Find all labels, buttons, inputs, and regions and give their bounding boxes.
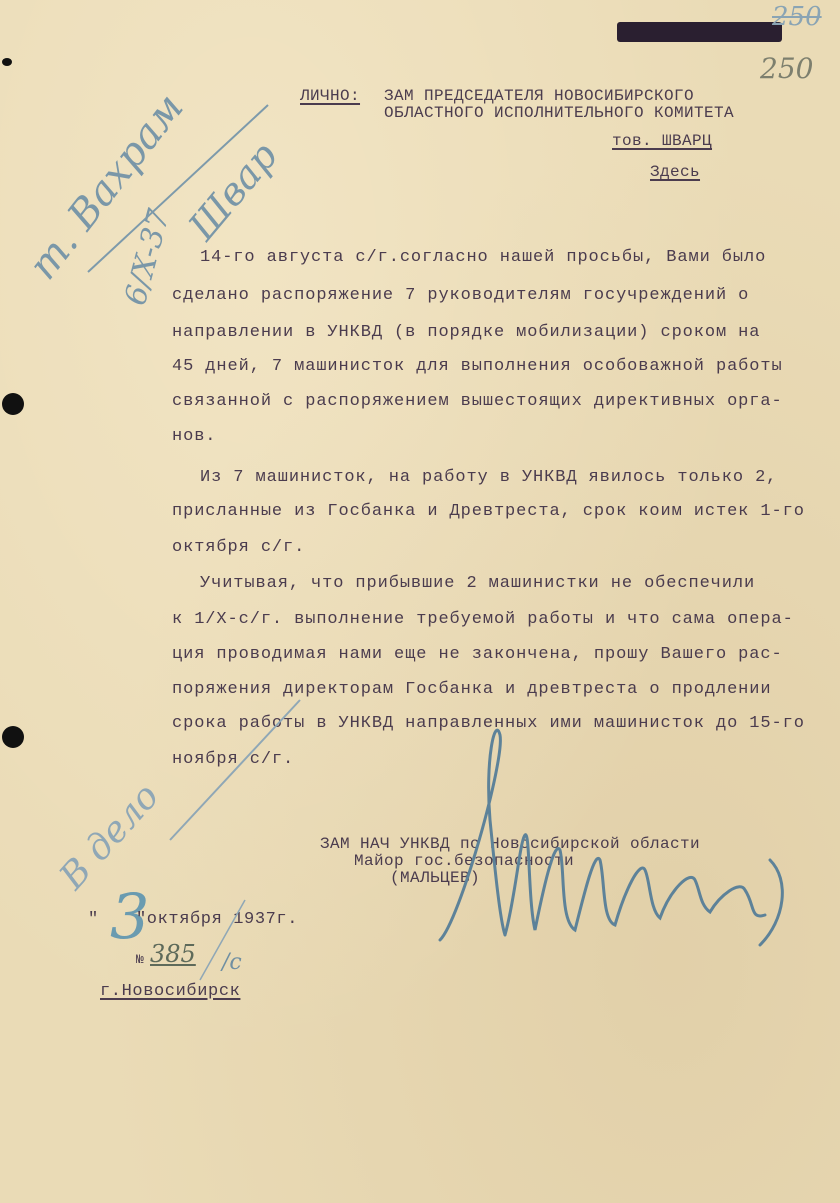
- archive-number: 250: [760, 52, 813, 85]
- signatory-name: (МАЛЬЦЕВ): [390, 870, 480, 887]
- body-line: направлении в УНКВД (в порядке мобилизац…: [172, 323, 760, 342]
- body-line: 14-го августа с/г.согласно нашей просьбы…: [200, 248, 766, 267]
- body-line: ция проводимая нами еще не закончена, пр…: [172, 645, 783, 664]
- body-line: связанной с распоряжением вышестоящих ди…: [172, 392, 783, 411]
- punch-hole: [2, 393, 24, 415]
- body-line: сделано распоряжение 7 руководителям гос…: [172, 286, 749, 305]
- punch-hole: [2, 726, 24, 748]
- city: г.Новосибирск: [100, 982, 240, 1001]
- signatory-rank: Майор гос.безопасности: [354, 853, 574, 870]
- redaction-bar: [617, 22, 782, 42]
- location: Здесь: [650, 164, 700, 181]
- body-line: 45 дней, 7 машинисток для выполнения осо…: [172, 357, 783, 376]
- personal-label: ЛИЧНО:: [300, 88, 360, 105]
- date-text: "октября 1937г.: [136, 910, 298, 929]
- body-line: нов.: [172, 427, 216, 446]
- body-line: Из 7 машинисток, на работу в УНКВД явило…: [200, 468, 777, 487]
- number-prefix: №: [136, 952, 144, 967]
- body-line: октября с/г.: [172, 538, 305, 557]
- archive-number-crossed: 250: [772, 2, 822, 32]
- date-quote: ": [88, 910, 99, 929]
- signatory-position: ЗАМ НАЧ УНКВД по Новосибирской области: [320, 836, 700, 853]
- number-suffix: /с: [222, 950, 242, 975]
- addressee-name: тов. ШВАРЦ: [612, 133, 712, 150]
- body-line: присланные из Госбанка и Древтреста, сро…: [172, 502, 805, 521]
- outgoing-number: 385: [150, 940, 196, 968]
- body-line: срока работы в УНКВД направленных ими ма…: [172, 714, 805, 733]
- body-line: ноября с/г.: [172, 750, 294, 769]
- body-line: Учитывая, что прибывшие 2 машинистки не …: [200, 574, 755, 593]
- addressee-line-2: ОБЛАСТНОГО ИСПОЛНИТЕЛЬНОГО КОМИТЕТА: [384, 105, 734, 122]
- punch-mark: [2, 58, 12, 66]
- body-line: поряжения директорам Госбанка и древтрес…: [172, 680, 772, 699]
- addressee-line-1: ЗАМ ПРЕДСЕДАТЕЛЯ НОВОСИБИРСКОГО: [384, 88, 694, 105]
- body-line: к 1/X-с/г. выполнение требуемой работы и…: [172, 610, 794, 629]
